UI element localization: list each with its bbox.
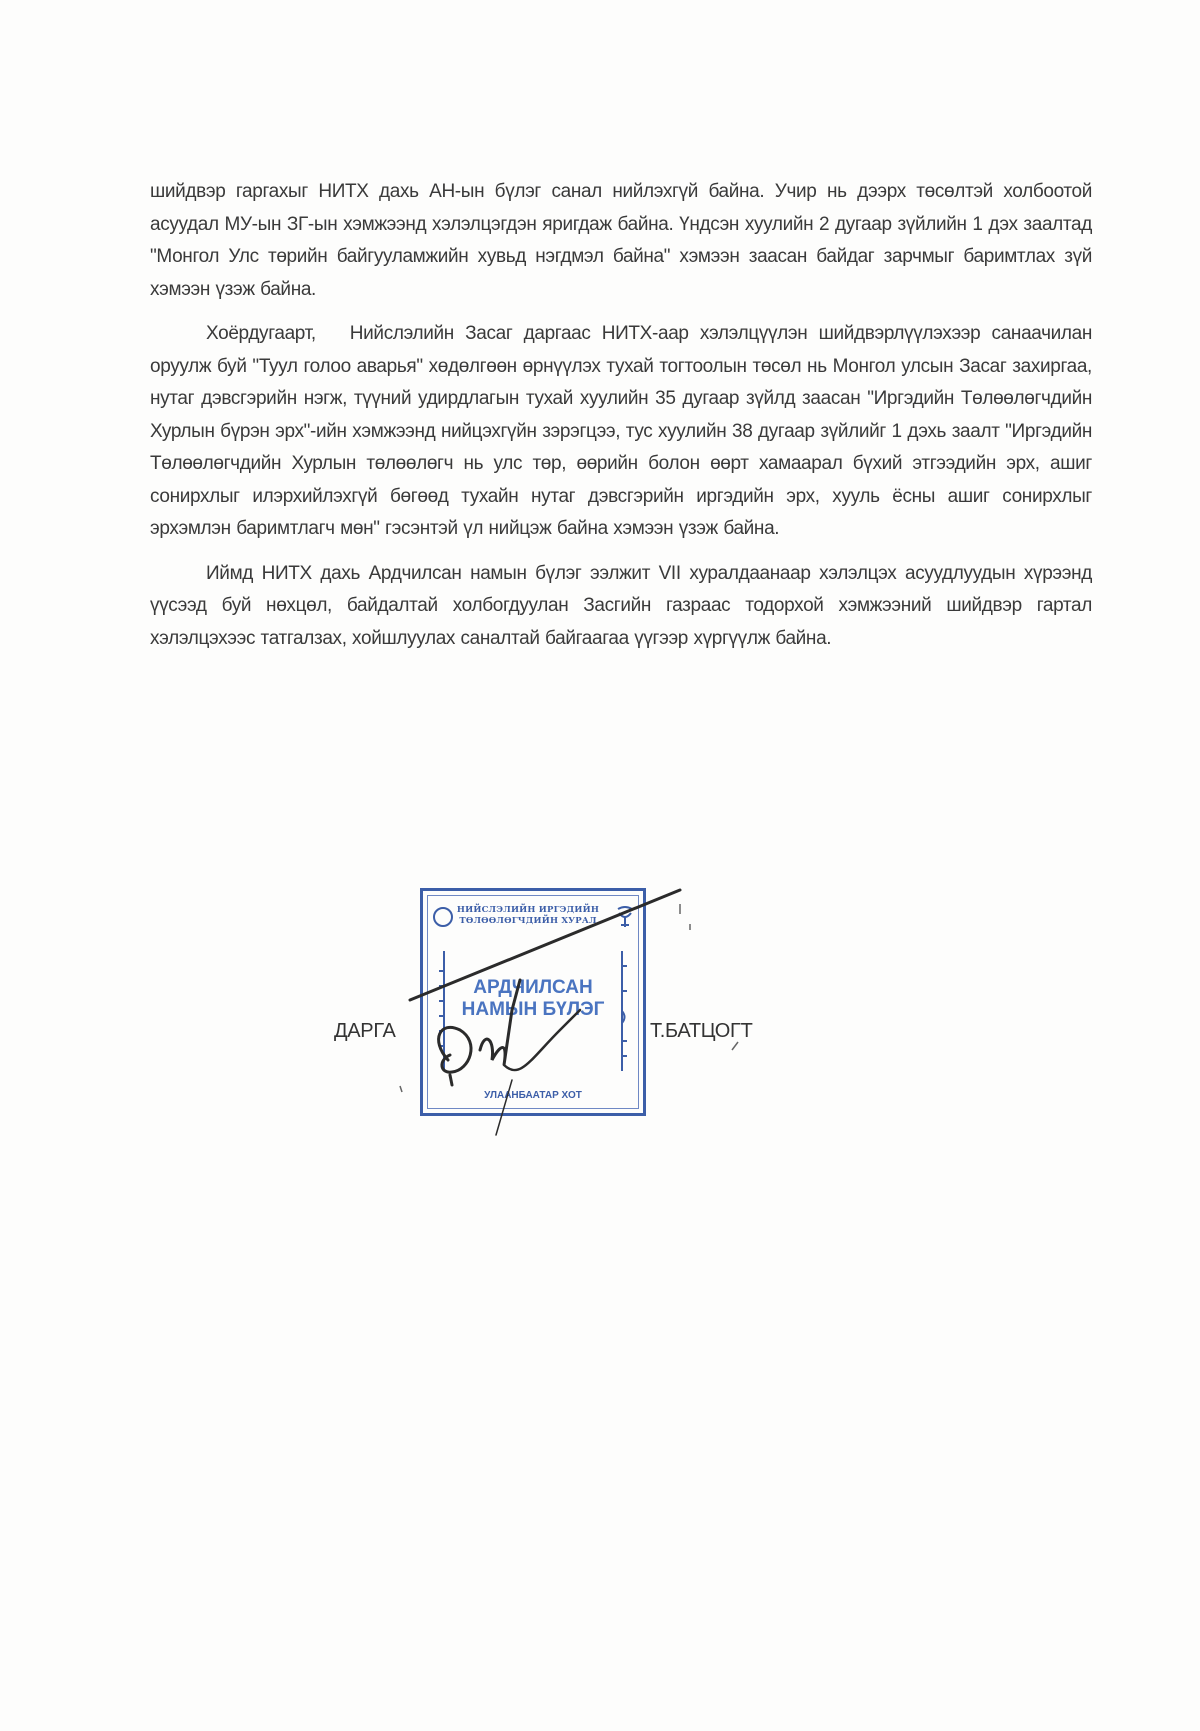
paragraph-3: Иймд НИТХ дахь Ардчилсан намын бүлэг ээл… xyxy=(150,558,1092,656)
paragraph-2-lead: Хоёрдугаарт, xyxy=(206,323,316,344)
paragraph-1: шийдвэр гаргахыг НИТХ дахь АН-ын бүлэг с… xyxy=(150,176,1092,306)
stamp-title-line1: АРДЧИЛСАН xyxy=(451,977,615,999)
document-body: шийдвэр гаргахыг НИТХ дахь АН-ын бүлэг с… xyxy=(150,176,1092,667)
stamp-header-line1: НИЙСЛЭЛИЙН ИРГЭДИЙН xyxy=(453,905,603,916)
mongol-script-left-icon xyxy=(437,951,451,1071)
soyombo-emblem-icon xyxy=(615,903,635,929)
official-stamp: НИЙСЛЭЛИЙН ИРГЭДИЙН ТӨЛӨӨЛӨГЧДИЙН ХУРАЛ … xyxy=(420,888,646,1116)
paragraph-2: Хоёрдугаарт,Нийслэлийн Засаг даргаас НИТ… xyxy=(150,318,1092,546)
signer-name: Т.БАТЦОГТ xyxy=(650,1020,753,1043)
stamp-title: АРДЧИЛСАН НАМЫН БҮЛЭГ xyxy=(451,977,615,1021)
city-emblem-icon xyxy=(433,907,453,927)
stamp-footer: УЛААНБААТАР ХОТ xyxy=(423,1090,643,1101)
stamp-header-line2: ТӨЛӨӨЛӨГЧДИЙН ХУРАЛ xyxy=(453,916,603,927)
paragraph-2-text: Нийслэлийн Засаг даргаас НИТХ-аар хэлэлц… xyxy=(150,323,1092,539)
signer-role: ДАРГА xyxy=(334,1020,396,1043)
stamp-title-line2: НАМЫН БҮЛЭГ xyxy=(451,999,615,1021)
stamp-header: НИЙСЛЭЛИЙН ИРГЭДИЙН ТӨЛӨӨЛӨГЧДИЙН ХУРАЛ xyxy=(453,905,603,927)
mongol-script-right-icon xyxy=(615,951,629,1071)
